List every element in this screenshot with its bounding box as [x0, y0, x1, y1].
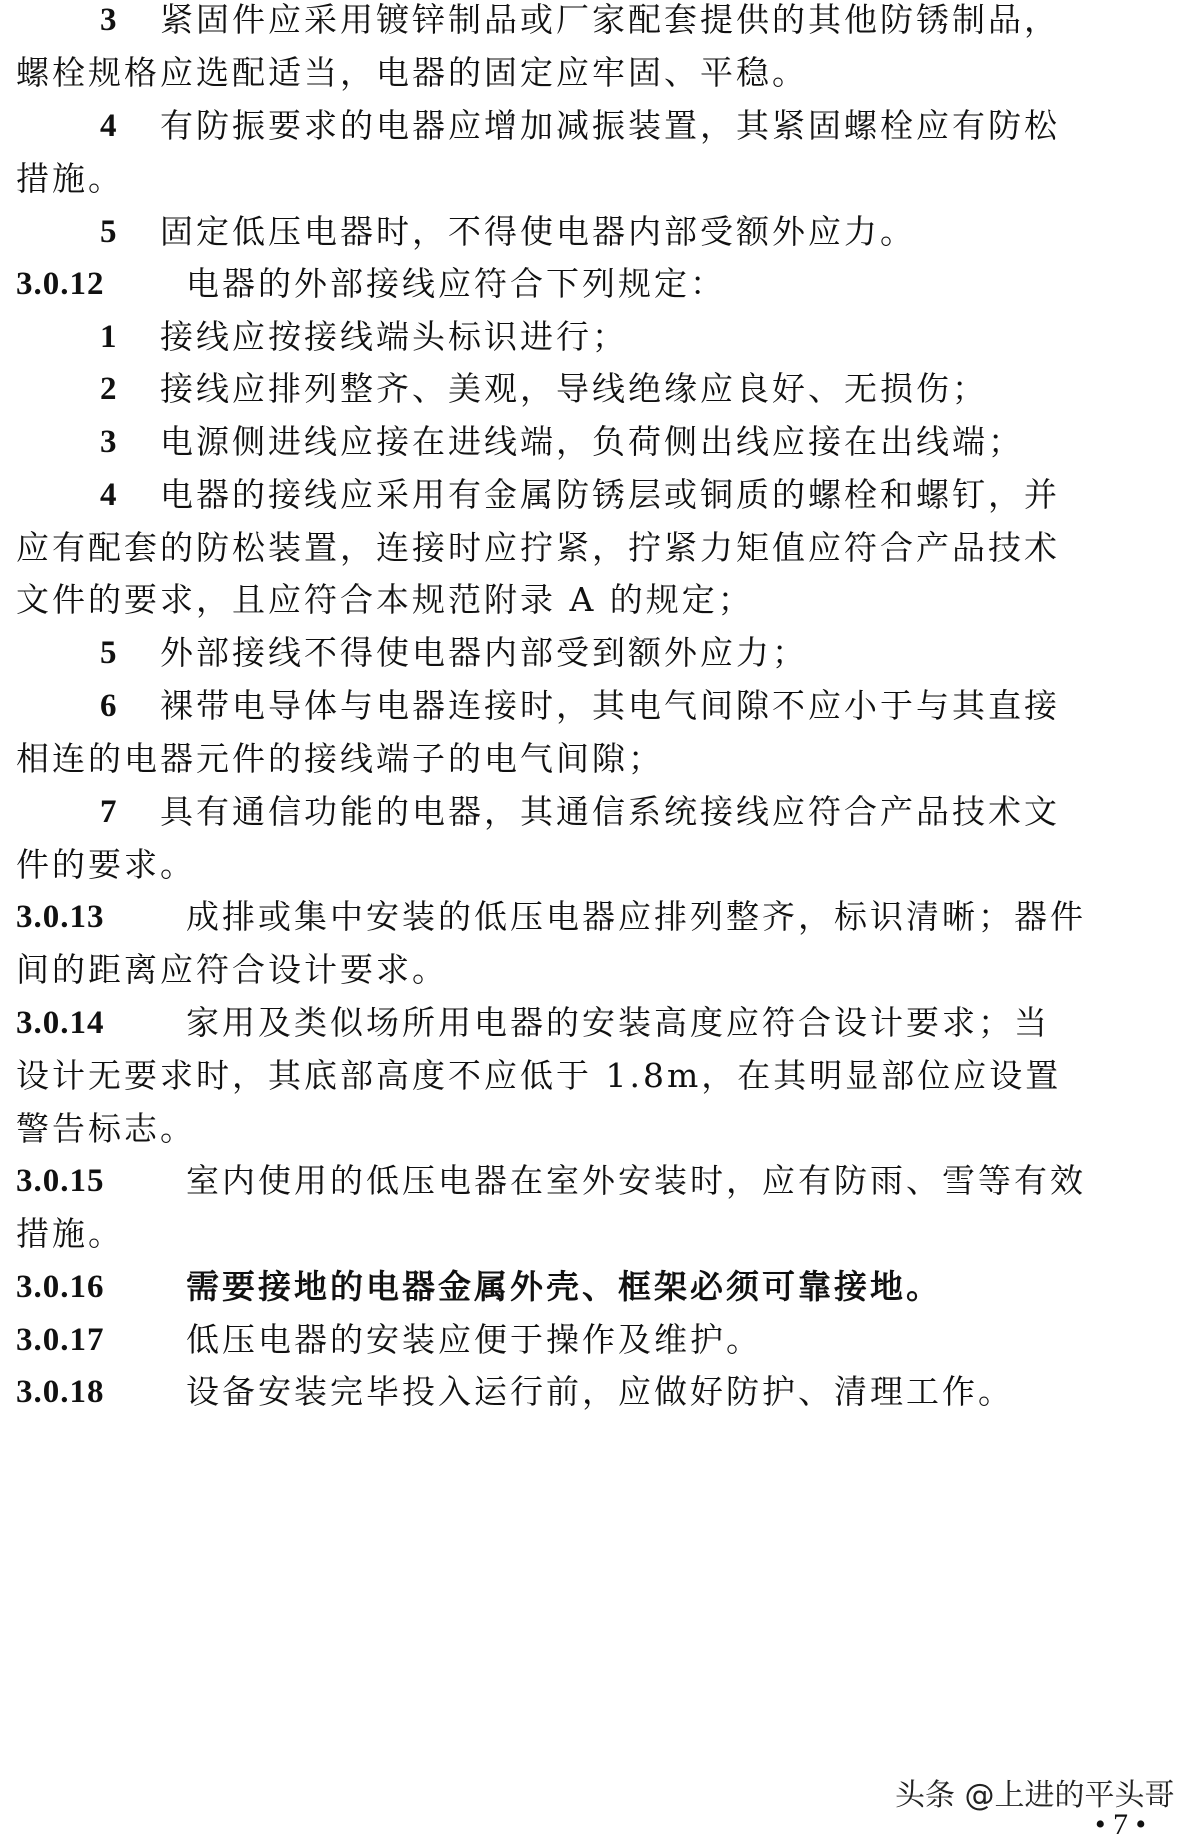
item-number: 3 [100, 0, 140, 40]
continuation-line: 设计无要求时，其底部高度不应低于 1.8m，在其明显部位应设置 [0, 1056, 1200, 1096]
clause-item-4: 4 有防振要求的电器应增加减振装置，其紧固螺栓应有防松 [0, 106, 1200, 146]
page-number: • 7 • [1095, 1808, 1146, 1842]
section-text: 需要接地的电器金属外壳、框架必须可靠接地。 [186, 1267, 942, 1307]
item-text: 紧固件应采用镀锌制品或厂家配套提供的其他防锈制品， [160, 0, 1060, 40]
clause-item-5: 5 固定低压电器时，不得使电器内部受额外应力。 [0, 212, 1200, 252]
section-3-0-17: 3.0.17 低压电器的安装应便于操作及维护。 [0, 1320, 1200, 1360]
item-number: 4 [100, 475, 140, 515]
section-text: 家用及类似场所用电器的安装高度应符合设计要求；当 [186, 1003, 1050, 1043]
item-number: 7 [100, 792, 140, 832]
section-3-0-13: 3.0.13 成排或集中安装的低压电器应排列整齐，标识清晰；器件 [0, 897, 1200, 937]
section-text: 低压电器的安装应便于操作及维护。 [186, 1320, 762, 1360]
section-number: 3.0.12 [16, 264, 166, 304]
line-text: 螺栓规格应选配适当，电器的固定应牢固、平稳。 [16, 53, 808, 93]
item-text: 电器的接线应采用有金属防锈层或铜质的螺栓和螺钉，并 [160, 475, 1060, 515]
continuation-line: 警告标志。 [0, 1109, 1200, 1149]
line-text: 设计无要求时，其底部高度不应低于 1.8m，在其明显部位应设置 [16, 1056, 1061, 1096]
line-text: 措施。 [16, 1214, 124, 1254]
clause-item-7: 7 具有通信功能的电器，其通信系统接线应符合产品技术文 [0, 792, 1200, 832]
item-number: 6 [100, 686, 140, 726]
item-text: 固定低压电器时，不得使电器内部受额外应力。 [160, 212, 916, 252]
clause-item-4: 4 电器的接线应采用有金属防锈层或铜质的螺栓和螺钉，并 [0, 475, 1200, 515]
clause-item-3: 3 电源侧进线应接在进线端，负荷侧出线应接在出线端； [0, 422, 1200, 462]
continuation-line: 螺栓规格应选配适当，电器的固定应牢固、平稳。 [0, 53, 1200, 93]
continuation-line: 措施。 [0, 1214, 1200, 1254]
section-number: 3.0.15 [16, 1161, 166, 1201]
continuation-line: 应有配套的防松装置，连接时应拧紧，拧紧力矩值应符合产品技术 [0, 528, 1200, 568]
line-text: 相连的电器元件的接线端子的电气间隙； [16, 739, 664, 779]
clause-item-2: 2 接线应排列整齐、美观，导线绝缘应良好、无损伤； [0, 369, 1200, 409]
item-text: 外部接线不得使电器内部受到额外应力； [160, 633, 808, 673]
section-3-0-16: 3.0.16 需要接地的电器金属外壳、框架必须可靠接地。 [0, 1267, 1200, 1307]
item-text: 裸带电导体与电器连接时，其电气间隙不应小于与其直接 [160, 686, 1060, 726]
item-number: 5 [100, 633, 140, 673]
clause-item-1: 1 接线应按接线端头标识进行； [0, 317, 1200, 357]
section-text: 室内使用的低压电器在室外安装时，应有防雨、雪等有效 [186, 1161, 1086, 1201]
item-number: 1 [100, 317, 140, 357]
continuation-line: 间的距离应符合设计要求。 [0, 950, 1200, 990]
line-text: 应有配套的防松装置，连接时应拧紧，拧紧力矩值应符合产品技术 [16, 528, 1060, 568]
section-number: 3.0.17 [16, 1320, 166, 1360]
line-text: 间的距离应符合设计要求。 [16, 950, 448, 990]
section-3-0-12: 3.0.12 电器的外部接线应符合下列规定： [0, 264, 1200, 304]
continuation-line: 件的要求。 [0, 845, 1200, 885]
continuation-line: 相连的电器元件的接线端子的电气间隙； [0, 739, 1200, 779]
line-text: 件的要求。 [16, 845, 196, 885]
item-number: 3 [100, 422, 140, 462]
clause-item-5: 5 外部接线不得使电器内部受到额外应力； [0, 633, 1200, 673]
section-3-0-14: 3.0.14 家用及类似场所用电器的安装高度应符合设计要求；当 [0, 1003, 1200, 1043]
section-text: 成排或集中安装的低压电器应排列整齐，标识清晰；器件 [186, 897, 1086, 937]
continuation-line: 措施。 [0, 159, 1200, 199]
item-text: 接线应排列整齐、美观，导线绝缘应良好、无损伤； [160, 369, 988, 409]
line-text: 文件的要求，且应符合本规范附录 A 的规定； [16, 580, 754, 620]
section-3-0-15: 3.0.15 室内使用的低压电器在室外安装时，应有防雨、雪等有效 [0, 1161, 1200, 1201]
line-text: 措施。 [16, 159, 124, 199]
clause-item-6: 6 裸带电导体与电器连接时，其电气间隙不应小于与其直接 [0, 686, 1200, 726]
item-text: 接线应按接线端头标识进行； [160, 317, 628, 357]
continuation-line: 文件的要求，且应符合本规范附录 A 的规定； [0, 580, 1200, 620]
section-number: 3.0.18 [16, 1372, 166, 1412]
section-number: 3.0.13 [16, 897, 166, 937]
clause-item-3: 3 紧固件应采用镀锌制品或厂家配套提供的其他防锈制品， [0, 0, 1200, 40]
item-number: 5 [100, 212, 140, 252]
item-number: 2 [100, 369, 140, 409]
item-text: 有防振要求的电器应增加减振装置，其紧固螺栓应有防松 [160, 106, 1060, 146]
section-3-0-18: 3.0.18 设备安装完毕投入运行前，应做好防护、清理工作。 [0, 1372, 1200, 1412]
item-text: 电源侧进线应接在进线端，负荷侧出线应接在出线端； [160, 422, 1024, 462]
item-text: 具有通信功能的电器，其通信系统接线应符合产品技术文 [160, 792, 1060, 832]
section-number: 3.0.14 [16, 1003, 166, 1043]
section-text: 电器的外部接线应符合下列规定： [186, 264, 726, 304]
item-number: 4 [100, 106, 140, 146]
line-text: 警告标志。 [16, 1109, 196, 1149]
section-number: 3.0.16 [16, 1267, 166, 1307]
section-text: 设备安装完毕投入运行前，应做好防护、清理工作。 [186, 1372, 1014, 1412]
